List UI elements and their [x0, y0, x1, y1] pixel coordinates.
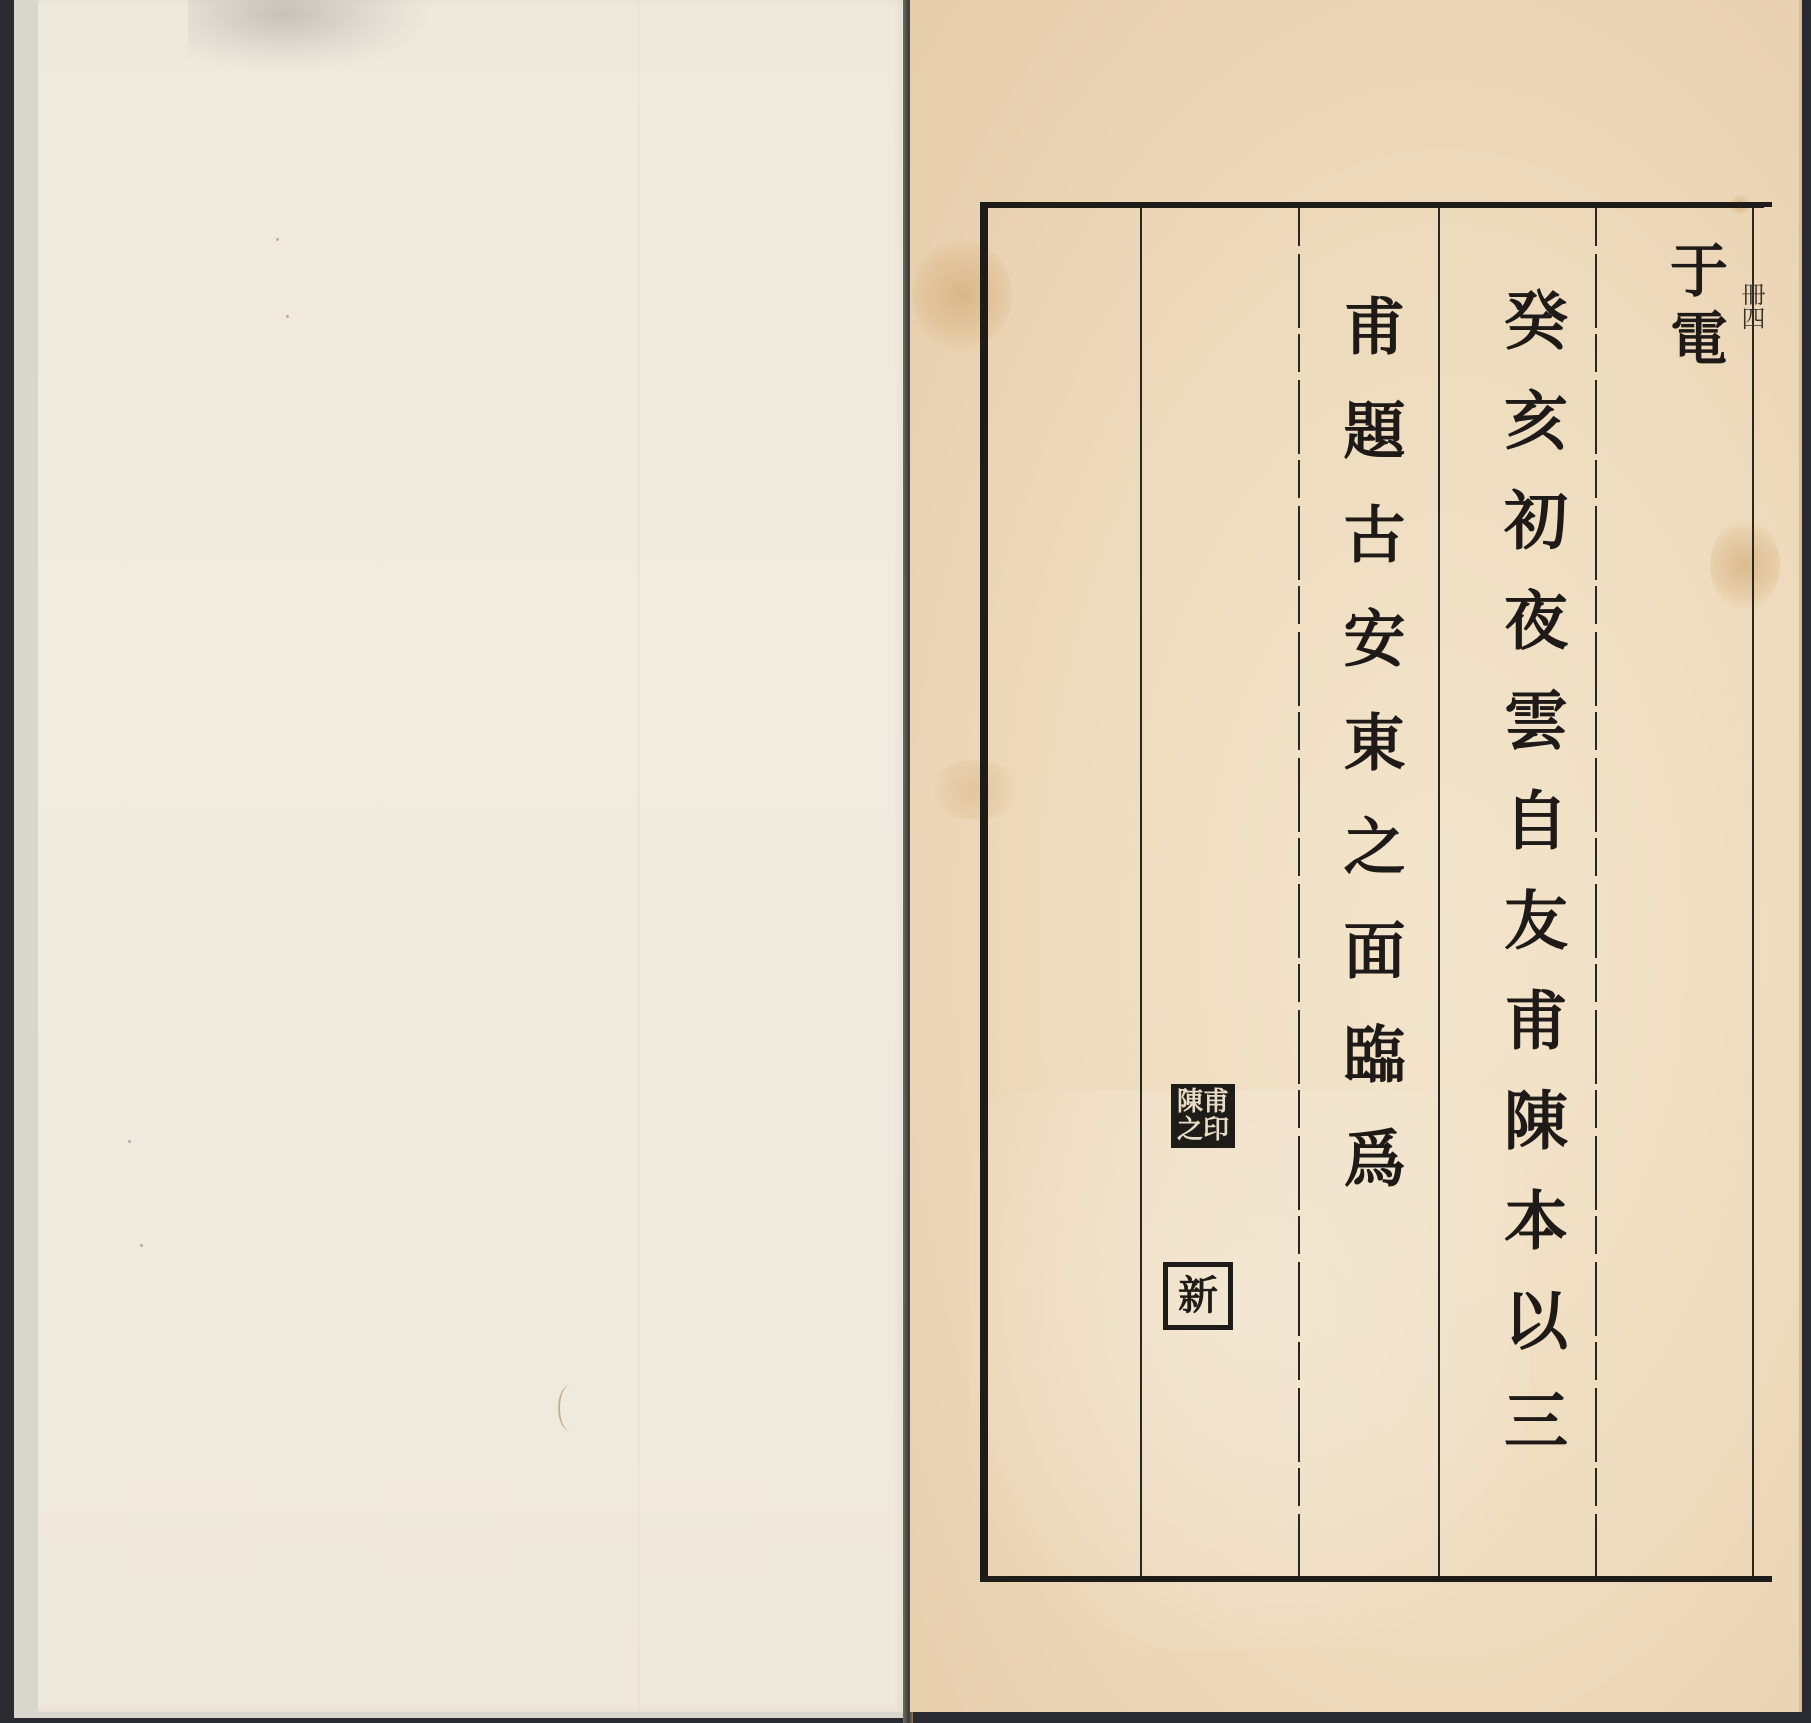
- paper-speck: [128, 1140, 131, 1143]
- margin-volume-label: 冊四: [1734, 282, 1769, 330]
- frame-extension: [1760, 202, 1772, 207]
- paper-speck: [286, 315, 289, 318]
- column-rule: [1595, 208, 1597, 1576]
- seal-stamp-relief: 新: [1163, 1262, 1233, 1330]
- title-column: 于電: [1652, 240, 1736, 376]
- printed-text-block: 于電 癸亥初夜雲自友甫陳本以三 甫題古安東之面臨爲 冊四 陳甫之印 新: [980, 202, 1772, 1588]
- ink-smudge: [188, 0, 428, 70]
- column-rule: [1298, 208, 1300, 1576]
- left-page: [38, 0, 906, 1712]
- paper-fold-line: [638, 0, 639, 1712]
- text-column-1: 癸亥初夜雲自友甫陳本以三: [1484, 287, 1576, 1487]
- paper-speck: [276, 238, 279, 241]
- column-rule: [1438, 208, 1440, 1576]
- paper-speck: [140, 1244, 143, 1247]
- seal-stamp-intaglio: 陳甫之印: [1171, 1084, 1235, 1148]
- frame-extension: [1760, 1576, 1772, 1582]
- paper-fiber: [558, 1385, 582, 1431]
- column-rule: [1140, 208, 1142, 1576]
- text-column-2: 甫題古安東之面臨爲: [1325, 294, 1414, 1230]
- column-rule: [1752, 208, 1754, 1576]
